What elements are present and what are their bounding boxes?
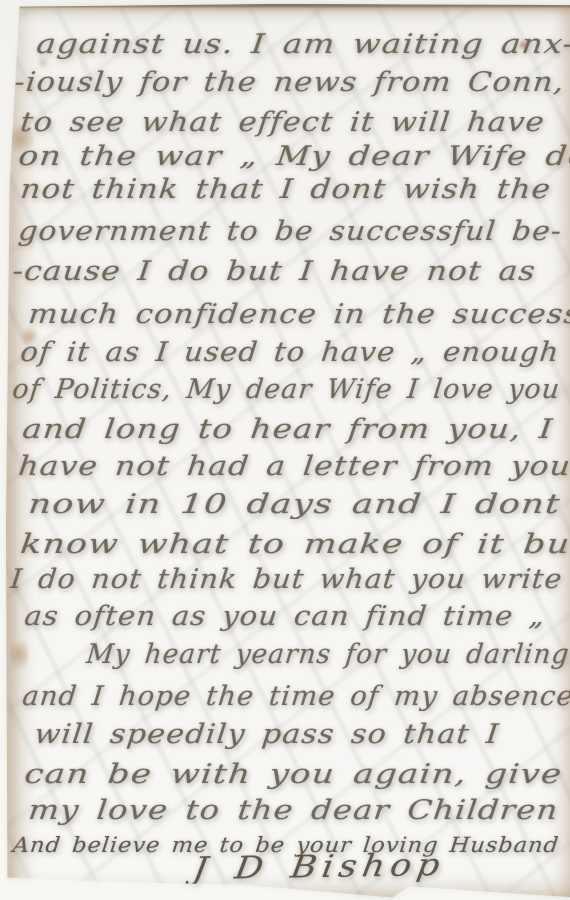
handwriting-line paragraph-indent: My heart yearns for you darling [85,640,570,670]
letter-page: against us. I am waiting anx- -iously fo… [6,4,570,898]
handwriting-line: not think that I dont wish the [19,175,553,205]
signature: J D Bishop [191,848,448,886]
handwriting-line: know what to make of it but [19,530,570,560]
handwriting-line: government to be successful be- [17,217,564,247]
scanner-background: against us. I am waiting anx- -iously fo… [0,0,570,900]
letter-page-wrap: against us. I am waiting anx- -iously fo… [0,0,570,900]
handwriting-line: can be with you again, give [23,760,564,790]
edge-stain [10,634,28,674]
handwriting-line: have not had a letter from you [17,452,570,482]
handwriting-line: will speedily pass so that I [33,720,501,750]
handwriting-line: to see what effect it will have [19,108,546,138]
handwriting-line: now in 10 days and I dont [27,490,562,520]
handwriting-line: -cause I do but I have not as [11,257,538,287]
handwriting-line: of it as I used to have „ enough [19,338,561,368]
handwriting-line: against us. I am waiting anx- [35,30,570,60]
handwriting-line: of Politics, My dear Wife I love you [11,375,562,405]
handwriting-line: and I hope the time of my absence [21,682,570,712]
handwriting-line: and long to hear from you, I [21,415,555,445]
handwriting-line: as often as you can find time „ [23,602,547,632]
handwriting-line: -iously for the news from Conn, [13,68,566,98]
handwriting-line: much confidence in the success [27,300,570,330]
handwriting-line: my love to the dear Children [27,796,560,826]
handwriting-line: on the war „ My dear Wife do [17,142,570,172]
handwriting-line: I do not think but what you write [9,565,564,595]
